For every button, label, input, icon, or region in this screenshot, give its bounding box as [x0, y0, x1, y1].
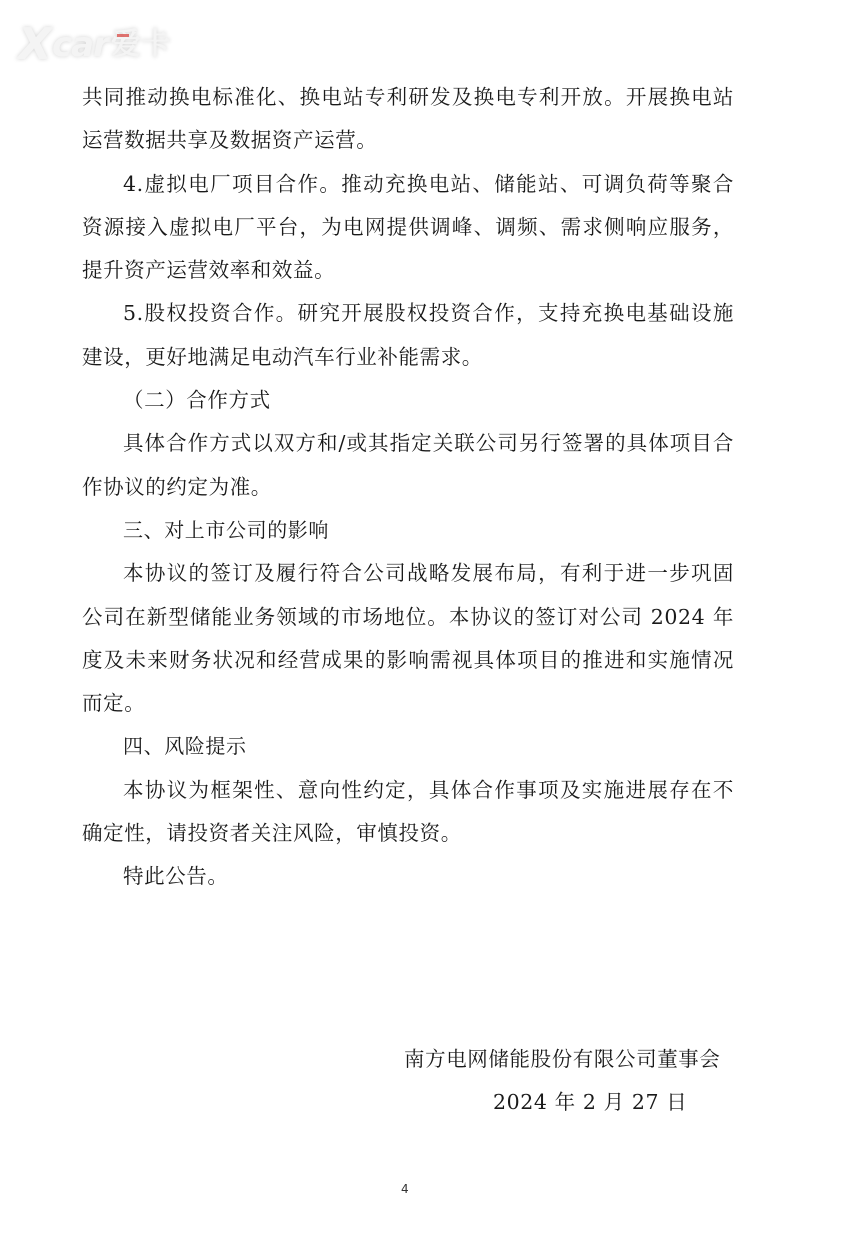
xcar-logo-chinese: 爱卡 [111, 30, 171, 60]
heading-risk-warning: 四、风险提示 [82, 725, 734, 768]
signature-company: 南方电网储能股份有限公司董事会 [404, 1038, 721, 1081]
page-number: 4 [401, 1182, 409, 1196]
xcar-watermark-logo: X car 爱卡 [18, 20, 188, 70]
paragraph-impact: 本协议的签订及履行符合公司战略发展布局，有利于进一步巩固公司在新型储能业务领域的… [82, 552, 734, 725]
xcar-logo-mark: X [18, 23, 50, 67]
signature-date: 2024 年 2 月 27 日 [404, 1081, 721, 1124]
paragraph-swap-station-continued: 共同推动换电标准化、换电站专利研发及换电专利开放。开展换电站运营数据共享及数据资… [82, 76, 734, 163]
heading-impact-on-company: 三、对上市公司的影响 [82, 509, 734, 552]
paragraph-equity-investment: 5.股权投资合作。研究开展股权投资合作，支持充换电基础设施建设，更好地满足电动汽… [82, 292, 734, 379]
signature-block: 南方电网储能股份有限公司董事会 2024 年 2 月 27 日 [404, 1038, 721, 1124]
paragraph-announcement-closing: 特此公告。 [82, 855, 734, 898]
paragraph-virtual-power-plant: 4.虚拟电厂项目合作。推动充换电站、储能站、可调负荷等聚合资源接入虚拟电厂平台，… [82, 163, 734, 293]
paragraph-cooperation-method: 具体合作方式以双方和/或其指定关联公司另行签署的具体项目合作协议的约定为准。 [82, 422, 734, 509]
xcar-logo-text: car [52, 28, 109, 62]
document-body: 共同推动换电标准化、换电站专利研发及换电专利开放。开展换电站运营数据共享及数据资… [82, 76, 734, 899]
subheading-cooperation-method: （二）合作方式 [82, 379, 734, 422]
paragraph-risk: 本协议为框架性、意向性约定，具体合作事项及实施进展存在不确定性，请投资者关注风险… [82, 769, 734, 856]
